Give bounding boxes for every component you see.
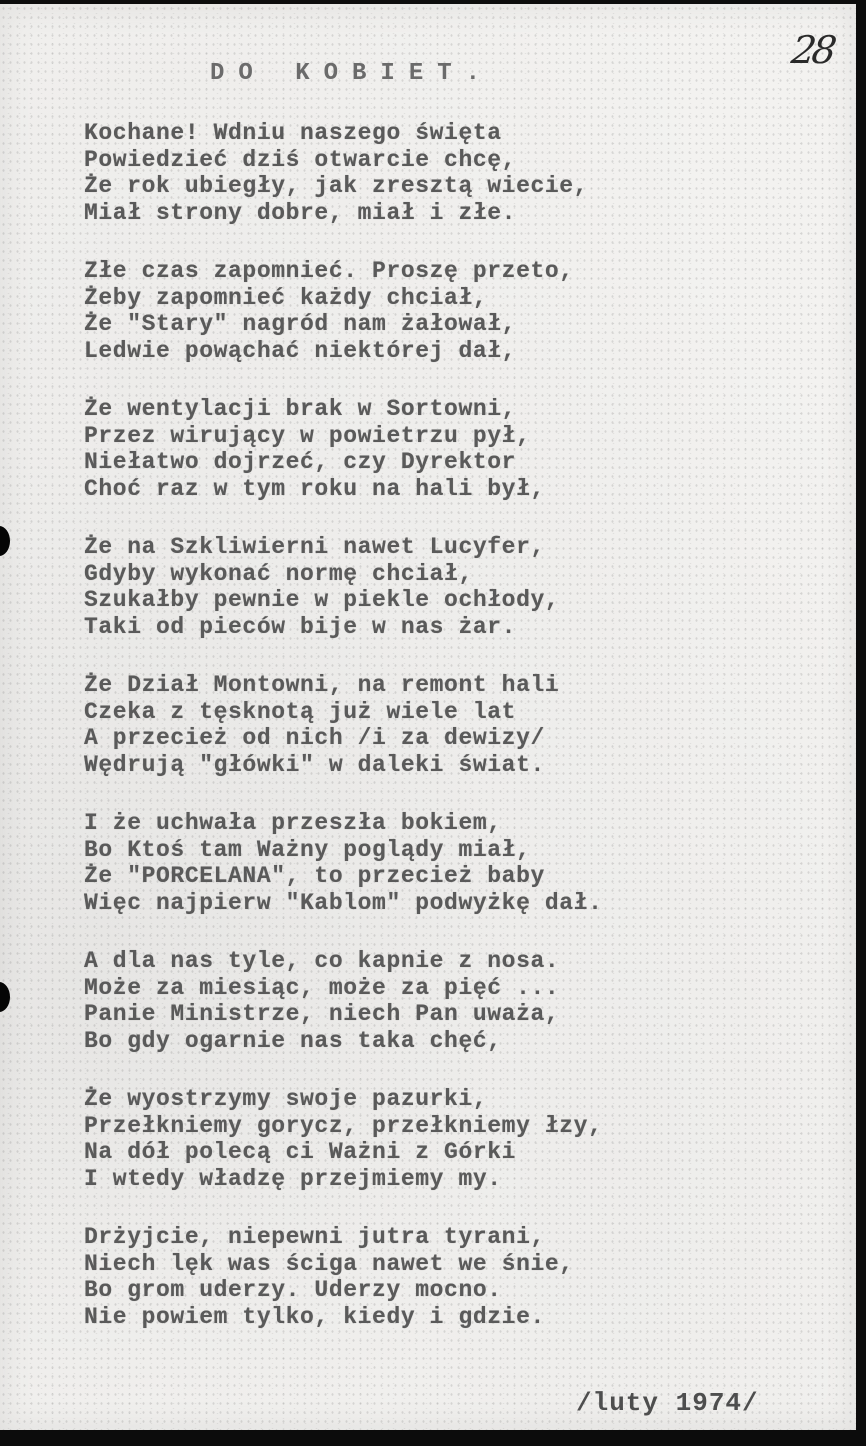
poem-line: Panie Ministrze, niech Pan uważa, bbox=[84, 1001, 784, 1028]
poem-line: Bo grom uderzy. Uderzy mocno. bbox=[84, 1277, 784, 1304]
poem-line: Może za miesiąc, może za pięć ... bbox=[84, 975, 784, 1002]
poem-line: Taki od pieców bije w nas żar. bbox=[84, 614, 784, 641]
stanza: Że wyostrzymy swoje pazurki,Przełkniemy … bbox=[84, 1086, 784, 1192]
poem-line: Więc najpierw "Kablom" podwyżkę dał. bbox=[84, 890, 784, 917]
poem-line: Choć raz w tym roku na hali był, bbox=[84, 476, 784, 503]
poem-body: Kochane! Wdniu naszego świętaPowiedzieć … bbox=[84, 120, 784, 1362]
poem-line: Nie powiem tylko, kiedy i gdzie. bbox=[84, 1304, 784, 1331]
poem-line: Wędrują "główki" w daleki świat. bbox=[84, 752, 784, 779]
stanza: I że uchwała przeszła bokiem,Bo Ktoś tam… bbox=[84, 810, 784, 916]
poem-line: Niełatwo dojrzeć, czy Dyrektor bbox=[84, 449, 784, 476]
stanza: Że wentylacji brak w Sortowni,Przez wiru… bbox=[84, 396, 784, 502]
stanza: Kochane! Wdniu naszego świętaPowiedzieć … bbox=[84, 120, 784, 226]
stanza: Że na Szkliwierni nawet Lucyfer,Gdyby wy… bbox=[84, 534, 784, 640]
stanza: Że Dział Montowni, na remont haliCzeka z… bbox=[84, 672, 784, 778]
poem-date: /luty 1974/ bbox=[576, 1388, 759, 1418]
poem-line: Przełkniemy gorycz, przełkniemy łzy, bbox=[84, 1113, 784, 1140]
poem-title: DO KOBIET. bbox=[210, 60, 494, 87]
poem-line: Kochane! Wdniu naszego święta bbox=[84, 120, 784, 147]
punch-hole-icon bbox=[0, 982, 10, 1012]
poem-line: A dla nas tyle, co kapnie z nosa. bbox=[84, 948, 784, 975]
punch-hole-icon bbox=[0, 526, 10, 556]
stanza: Drżyjcie, niepewni jutra tyrani,Niech lę… bbox=[84, 1224, 784, 1330]
poem-line: Że Dział Montowni, na remont hali bbox=[84, 672, 784, 699]
poem-line: Szukałby pewnie w piekle ochłody, bbox=[84, 587, 784, 614]
poem-line: Gdyby wykonać normę chciał, bbox=[84, 561, 784, 588]
stanza: A dla nas tyle, co kapnie z nosa.Może za… bbox=[84, 948, 784, 1054]
poem-line: Miał strony dobre, miał i złe. bbox=[84, 200, 784, 227]
poem-line: Powiedzieć dziś otwarcie chcę, bbox=[84, 147, 784, 174]
poem-line: Że "Stary" nagród nam żałował, bbox=[84, 311, 784, 338]
poem-line: Że rok ubiegły, jak zresztą wiecie, bbox=[84, 173, 784, 200]
poem-line: Że "PORCELANA", to przecież baby bbox=[84, 863, 784, 890]
typewritten-page: 28 DO KOBIET. Kochane! Wdniu naszego świ… bbox=[0, 4, 856, 1430]
handwritten-page-number: 28 bbox=[789, 28, 836, 72]
poem-line: Bo gdy ogarnie nas taka chęć, bbox=[84, 1028, 784, 1055]
poem-line: Złe czas zapomnieć. Proszę przeto, bbox=[84, 258, 784, 285]
poem-line: Na dół polecą ci Ważni z Górki bbox=[84, 1139, 784, 1166]
poem-line: A przecież od nich /i za dewizy/ bbox=[84, 725, 784, 752]
poem-line: Drżyjcie, niepewni jutra tyrani, bbox=[84, 1224, 784, 1251]
poem-line: Żeby zapomnieć każdy chciał, bbox=[84, 285, 784, 312]
poem-line: Że wentylacji brak w Sortowni, bbox=[84, 396, 784, 423]
poem-line: Że na Szkliwierni nawet Lucyfer, bbox=[84, 534, 784, 561]
poem-line: Bo Ktoś tam Ważny poglądy miał, bbox=[84, 837, 784, 864]
poem-line: I wtedy władzę przejmiemy my. bbox=[84, 1166, 784, 1193]
poem-line: Przez wirujący w powietrzu pył, bbox=[84, 423, 784, 450]
poem-line: I że uchwała przeszła bokiem, bbox=[84, 810, 784, 837]
poem-line: Niech lęk was ściga nawet we śnie, bbox=[84, 1251, 784, 1278]
poem-line: Czeka z tęsknotą już wiele lat bbox=[84, 699, 784, 726]
poem-line: Że wyostrzymy swoje pazurki, bbox=[84, 1086, 784, 1113]
poem-line: Ledwie powąchać niektórej dał, bbox=[84, 338, 784, 365]
stanza: Złe czas zapomnieć. Proszę przeto,Żeby z… bbox=[84, 258, 784, 364]
